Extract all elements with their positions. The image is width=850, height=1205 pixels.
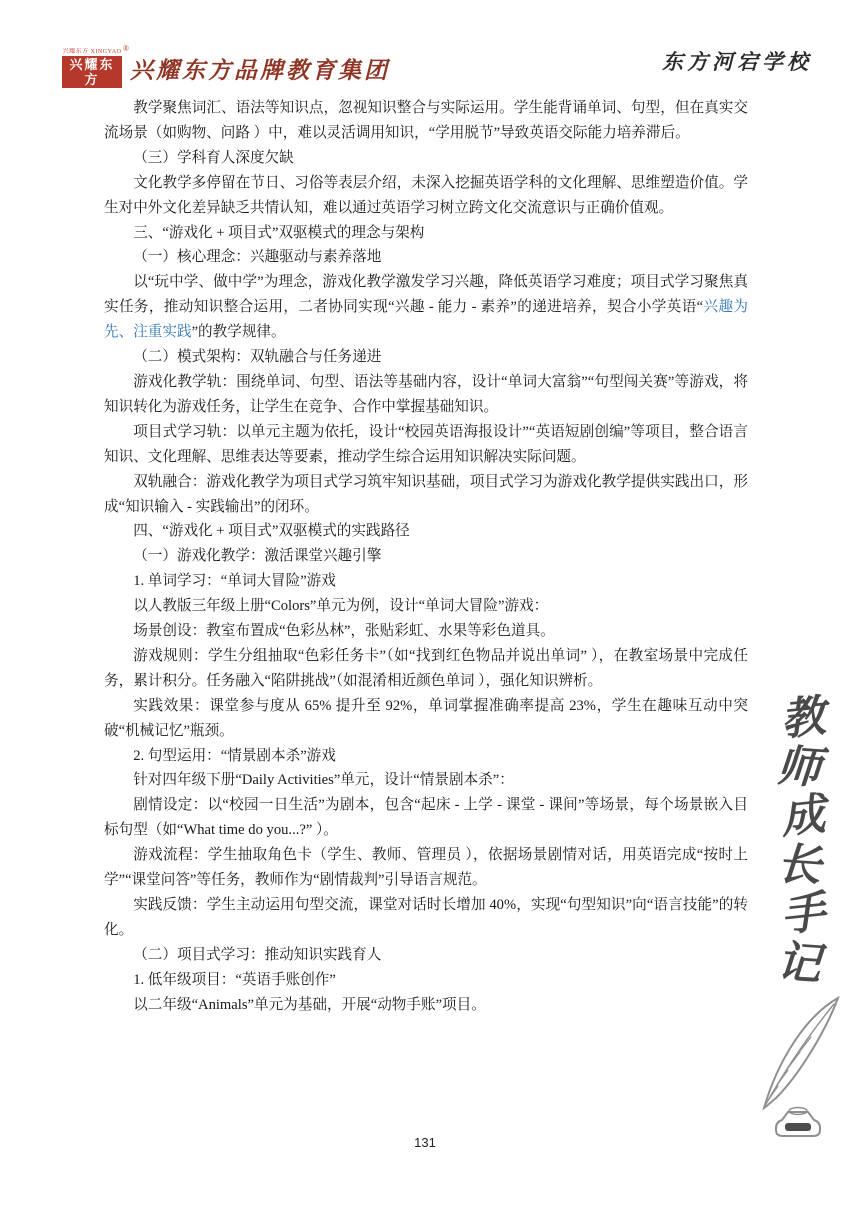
paragraph: 文化教学多停留在节日、习俗等表层介绍，未深入挖掘英语学科的文化理解、思维塑造价值… (104, 171, 748, 221)
text-run: 剧情设定：以“校园一日生活”为剧本，包含“起床 - 上学 - 课堂 - 课间”等… (104, 797, 748, 838)
text-run: 文化教学多停留在节日、习俗等表层介绍，未深入挖掘英语学科的文化理解、思维塑造价值… (104, 175, 748, 216)
paragraph: 四、“游戏化 + 项目式”双驱模式的实践路径 (104, 519, 748, 544)
side-calligraphy: 教师成长手记 (768, 694, 834, 988)
paragraph: （二）项目式学习：推动知识实践育人 (104, 943, 748, 968)
text-run: 双轨融合：游戏化教学为项目式学习筑牢知识基础，项目式学习为游戏化教学提供实践出口… (104, 474, 748, 515)
paragraph: （三）学科育人深度欠缺 (104, 146, 748, 171)
text-run: 游戏化教学轨：围绕单词、句型、语法等基础内容，设计“单词大富翁”“句型闯关赛”等… (104, 374, 748, 415)
seal-caption: 兴耀东方 XINGYAO (62, 48, 122, 56)
paragraph: 游戏化教学轨：围绕单词、句型、语法等基础内容，设计“单词大富翁”“句型闯关赛”等… (104, 370, 748, 420)
paragraph: 以二年级“Animals”单元为基础，开展“动物手账”项目。 (104, 993, 748, 1018)
brand-logo: 兴耀东方 XINGYAO 兴耀东方 ® 兴耀东方品牌教育集团 (62, 48, 390, 88)
text-run: 1. 单词学习：“单词大冒险”游戏 (133, 573, 336, 589)
paragraph: 针对四年级下册“Daily Activities”单元，设计“情景剧本杀”： (104, 768, 748, 793)
paragraph: 教学聚焦词汇、语法等知识点，忽视知识整合与实际运用。学生能背诵单词、句型，但在真… (104, 96, 748, 146)
page-footer: 131 (0, 1134, 850, 1152)
calligraphy-char: 教 (779, 692, 828, 745)
text-run: （二）项目式学习：推动知识实践育人 (133, 947, 381, 963)
text-run: 以二年级“Animals”单元为基础，开展“动物手账”项目。 (133, 997, 486, 1013)
text-run: 游戏规则：学生分组抽取“色彩任务卡”（如“找到红色物品并说出单词” ），在教室场… (104, 648, 748, 689)
paragraph: 项目式学习轨：以单元主题为依托，设计“校园英语海报设计”“英语短剧创编”等项目，… (104, 420, 748, 470)
seal-text: 兴耀东方 (62, 56, 122, 88)
text-run: 以“玩中学、做中学”为理念，游戏化教学激发学习兴趣，降低英语学习难度；项目式学习… (104, 274, 748, 315)
text-run: 1. 低年级项目：“英语手账创作” (133, 972, 336, 988)
paragraph: 场景创设：教室布置成“色彩丛林”，张贴彩虹、水果等彩色道具。 (104, 619, 748, 644)
text-run: 场景创设：教室布置成“色彩丛林”，张贴彩虹、水果等彩色道具。 (133, 623, 555, 639)
brand-name: 兴耀东方品牌教育集团 (130, 52, 390, 85)
calligraphy-char: 成 (779, 790, 828, 843)
text-run: 以人教版三年级上册“Colors”单元为例，设计“单词大冒险”游戏： (133, 598, 548, 614)
brand-seal-icon: 兴耀东方 XINGYAO 兴耀东方 ® (62, 48, 122, 88)
text-run: 实践反馈：学生主动运用句型交流，课堂对话时长增加 40%，实现“句型知识”向“语… (104, 897, 748, 938)
paragraph: 1. 单词学习：“单词大冒险”游戏 (104, 569, 748, 594)
paragraph: （一）游戏化教学：激活课堂兴趣引擎 (104, 544, 748, 569)
page-number: 131 (414, 1135, 436, 1150)
calligraphy-char: 手 (779, 888, 828, 941)
text-run: （一）游戏化教学：激活课堂兴趣引擎 (133, 548, 381, 564)
text-run: 四、“游戏化 + 项目式”双驱模式的实践路径 (133, 523, 410, 539)
text-run: 针对四年级下册“Daily Activities”单元，设计“情景剧本杀”： (133, 772, 514, 788)
document-page: 兴耀东方 XINGYAO 兴耀东方 ® 兴耀东方品牌教育集团 东方河宕学校 教学… (0, 0, 850, 1205)
paragraph: 剧情设定：以“校园一日生活”为剧本，包含“起床 - 上学 - 课堂 - 课间”等… (104, 793, 748, 843)
quill-ink-icon (748, 990, 848, 1140)
text-run: （三）学科育人深度欠缺 (133, 150, 294, 166)
registered-mark-icon: ® (123, 44, 129, 53)
calligraphy-char: 记 (775, 937, 822, 989)
document-body: 教学聚焦词汇、语法等知识点，忽视知识整合与实际运用。学生能背诵单词、句型，但在真… (104, 96, 748, 1018)
calligraphy-char: 师 (775, 741, 822, 793)
calligraphy-char: 长 (775, 839, 822, 891)
paragraph: 以人教版三年级上册“Colors”单元为例，设计“单词大冒险”游戏： (104, 594, 748, 619)
paragraph: 双轨融合：游戏化教学为项目式学习筑牢知识基础，项目式学习为游戏化教学提供实践出口… (104, 470, 748, 520)
paragraph: 实践反馈：学生主动运用句型交流，课堂对话时长增加 40%，实现“句型知识”向“语… (104, 893, 748, 943)
paragraph: 2. 句型运用：“情景剧本杀”游戏 (104, 744, 748, 769)
text-run: （一）核心理念：兴趣驱动与素养落地 (133, 249, 381, 265)
text-run: 游戏流程：学生抽取角色卡（学生、教师、管理员 ），依据场景剧情对话，用英语完成“… (104, 847, 748, 888)
text-run: 三、“游戏化 + 项目式”双驱模式的理念与架构 (133, 225, 424, 241)
text-run: 教学聚焦词汇、语法等知识点，忽视知识整合与实际运用。学生能背诵单词、句型，但在真… (104, 100, 748, 141)
text-run: ”的教学规律。 (192, 324, 286, 340)
paragraph: 1. 低年级项目：“英语手账创作” (104, 968, 748, 993)
text-run: 项目式学习轨：以单元主题为依托，设计“校园英语海报设计”“英语短剧创编”等项目，… (104, 424, 748, 465)
paragraph: 游戏流程：学生抽取角色卡（学生、教师、管理员 ），依据场景剧情对话，用英语完成“… (104, 843, 748, 893)
text-run: （二）模式架构：双轨融合与任务递进 (133, 349, 381, 365)
paragraph: （一）核心理念：兴趣驱动与素养落地 (104, 245, 748, 270)
text-run: 2. 句型运用：“情景剧本杀”游戏 (133, 748, 336, 764)
paragraph: （二）模式架构：双轨融合与任务递进 (104, 345, 748, 370)
text-run: 实践效果：课堂参与度从 65% 提升至 92%，单词掌握准确率提高 23%，学生… (104, 698, 748, 739)
paragraph: 三、“游戏化 + 项目式”双驱模式的理念与架构 (104, 221, 748, 246)
page-header: 兴耀东方 XINGYAO 兴耀东方 ® 兴耀东方品牌教育集团 东方河宕学校 (62, 46, 812, 92)
paragraph: 以“玩中学、做中学”为理念，游戏化教学激发学习兴趣，降低英语学习难度；项目式学习… (104, 270, 748, 345)
paragraph: 实践效果：课堂参与度从 65% 提升至 92%，单词掌握准确率提高 23%，学生… (104, 694, 748, 744)
school-name: 东方河宕学校 (662, 46, 812, 76)
paragraph: 游戏规则：学生分组抽取“色彩任务卡”（如“找到红色物品并说出单词” ），在教室场… (104, 644, 748, 694)
